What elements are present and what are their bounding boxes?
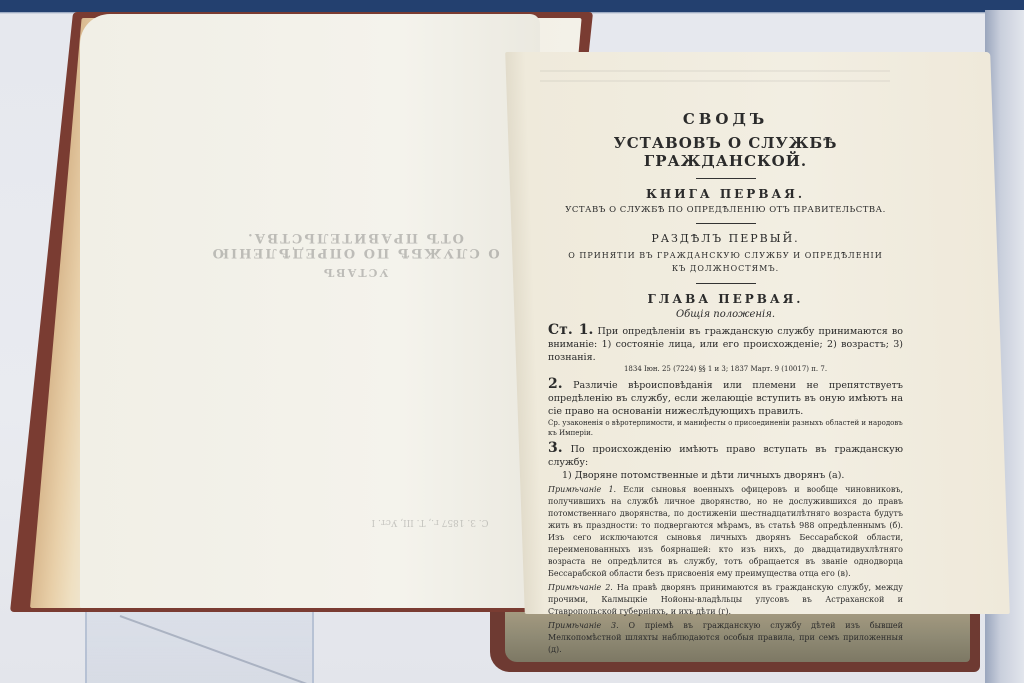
- article-3-text: По происхожденію имѣютъ право вступать в…: [548, 444, 903, 468]
- left-page-bleedthrough-text: УСТАВЪ О СЛУЖБѢ ПО ОПРЕДѢЛЕНІЮ ОТЪ ПРАВИ…: [190, 230, 520, 279]
- note-2: Примѣчаніе 2. На правѣ дворянъ принимают…: [548, 582, 903, 618]
- note-2-label: Примѣчаніе 2.: [548, 583, 613, 592]
- book-heading: КНИГА ПЕРВАЯ.: [548, 187, 903, 201]
- article-1-text: При опредѣленіи въ гражданскую службу пр…: [548, 326, 903, 363]
- article-2-reference: Ср. узаконенія о вѣротерпимости, и маниф…: [548, 418, 903, 438]
- article-2-number: 2.: [548, 376, 563, 392]
- mirrored-footer: С. З. 1857 г., Т. III, Уст. I: [360, 517, 500, 527]
- section-subheading-line-2: КЪ ДОЛЖНОСТЯМЪ.: [548, 262, 903, 275]
- section-heading: РАЗДѢЛЪ ПЕРВЫЙ.: [548, 232, 903, 245]
- mirrored-heading-2: О СЛУЖБѢ ПО ОПРЕДѢЛЕНІЮ ОТЪ ПРАВИТЕЛЬСТВ…: [190, 230, 520, 260]
- note-3-label: Примѣчаніе 3.: [548, 621, 619, 630]
- note-1: Примѣчаніе 1. Если сыновья военныхъ офиц…: [548, 484, 903, 580]
- chapter-heading: ГЛАВА ПЕРВАЯ.: [548, 292, 903, 306]
- note-1-text: Если сыновья военныхъ офицеровъ и вообще…: [548, 485, 903, 578]
- divider: [696, 178, 756, 179]
- section-subheading: О ПРИНЯТІИ ВЪ ГРАЖДАНСКУЮ СЛУЖБУ И ОПРЕД…: [548, 249, 903, 275]
- section-subheading-line-1: О ПРИНЯТІИ ВЪ ГРАЖДАНСКУЮ СЛУЖБУ И ОПРЕД…: [548, 249, 903, 262]
- mirrored-heading-1: УСТАВЪ: [190, 266, 520, 279]
- article-3-item-1: 1) Дворяне потомственные и дѣти личныхъ …: [548, 469, 903, 482]
- page-subtitle: УСТАВОВЪ О СЛУЖБѢ ГРАЖДАНСКОЙ.: [548, 134, 903, 170]
- display-case-frame-top: [0, 0, 1024, 12]
- book-subheading: УСТАВЪ О СЛУЖБѢ ПО ОПРЕДѢЛЕНІЮ ОТЪ ПРАВИ…: [548, 205, 903, 215]
- article-3-number: 3.: [548, 440, 563, 456]
- chapter-subheading: Общія положенія.: [548, 309, 903, 320]
- note-3: Примѣчаніе 3. О пріемѣ въ гражданскую сл…: [548, 620, 903, 656]
- article-3: 3. По происхожденію имѣютъ право вступат…: [548, 442, 903, 469]
- divider: [696, 283, 756, 284]
- right-page-content: СВОДЪ УСТАВОВЪ О СЛУЖБѢ ГРАЖДАНСКОЙ. КНИ…: [548, 110, 903, 656]
- article-1-number: Ст. 1.: [548, 322, 593, 338]
- article-2: 2. Различіе вѣроисповѣданія или племени …: [548, 378, 903, 418]
- page-title: СВОДЪ: [548, 110, 903, 128]
- article-1-reference: 1834 Іюн. 25 (7224) §§ 1 и 3; 1837 Март.…: [548, 364, 903, 374]
- right-page-bleedthrough: [540, 70, 890, 84]
- article-2-text: Различіе вѣроисповѣданія или племени не …: [548, 380, 903, 417]
- note-1-label: Примѣчаніе 1.: [548, 485, 616, 494]
- article-1: Ст. 1. При опредѣленіи въ гражданскую сл…: [548, 324, 903, 364]
- divider: [696, 223, 756, 224]
